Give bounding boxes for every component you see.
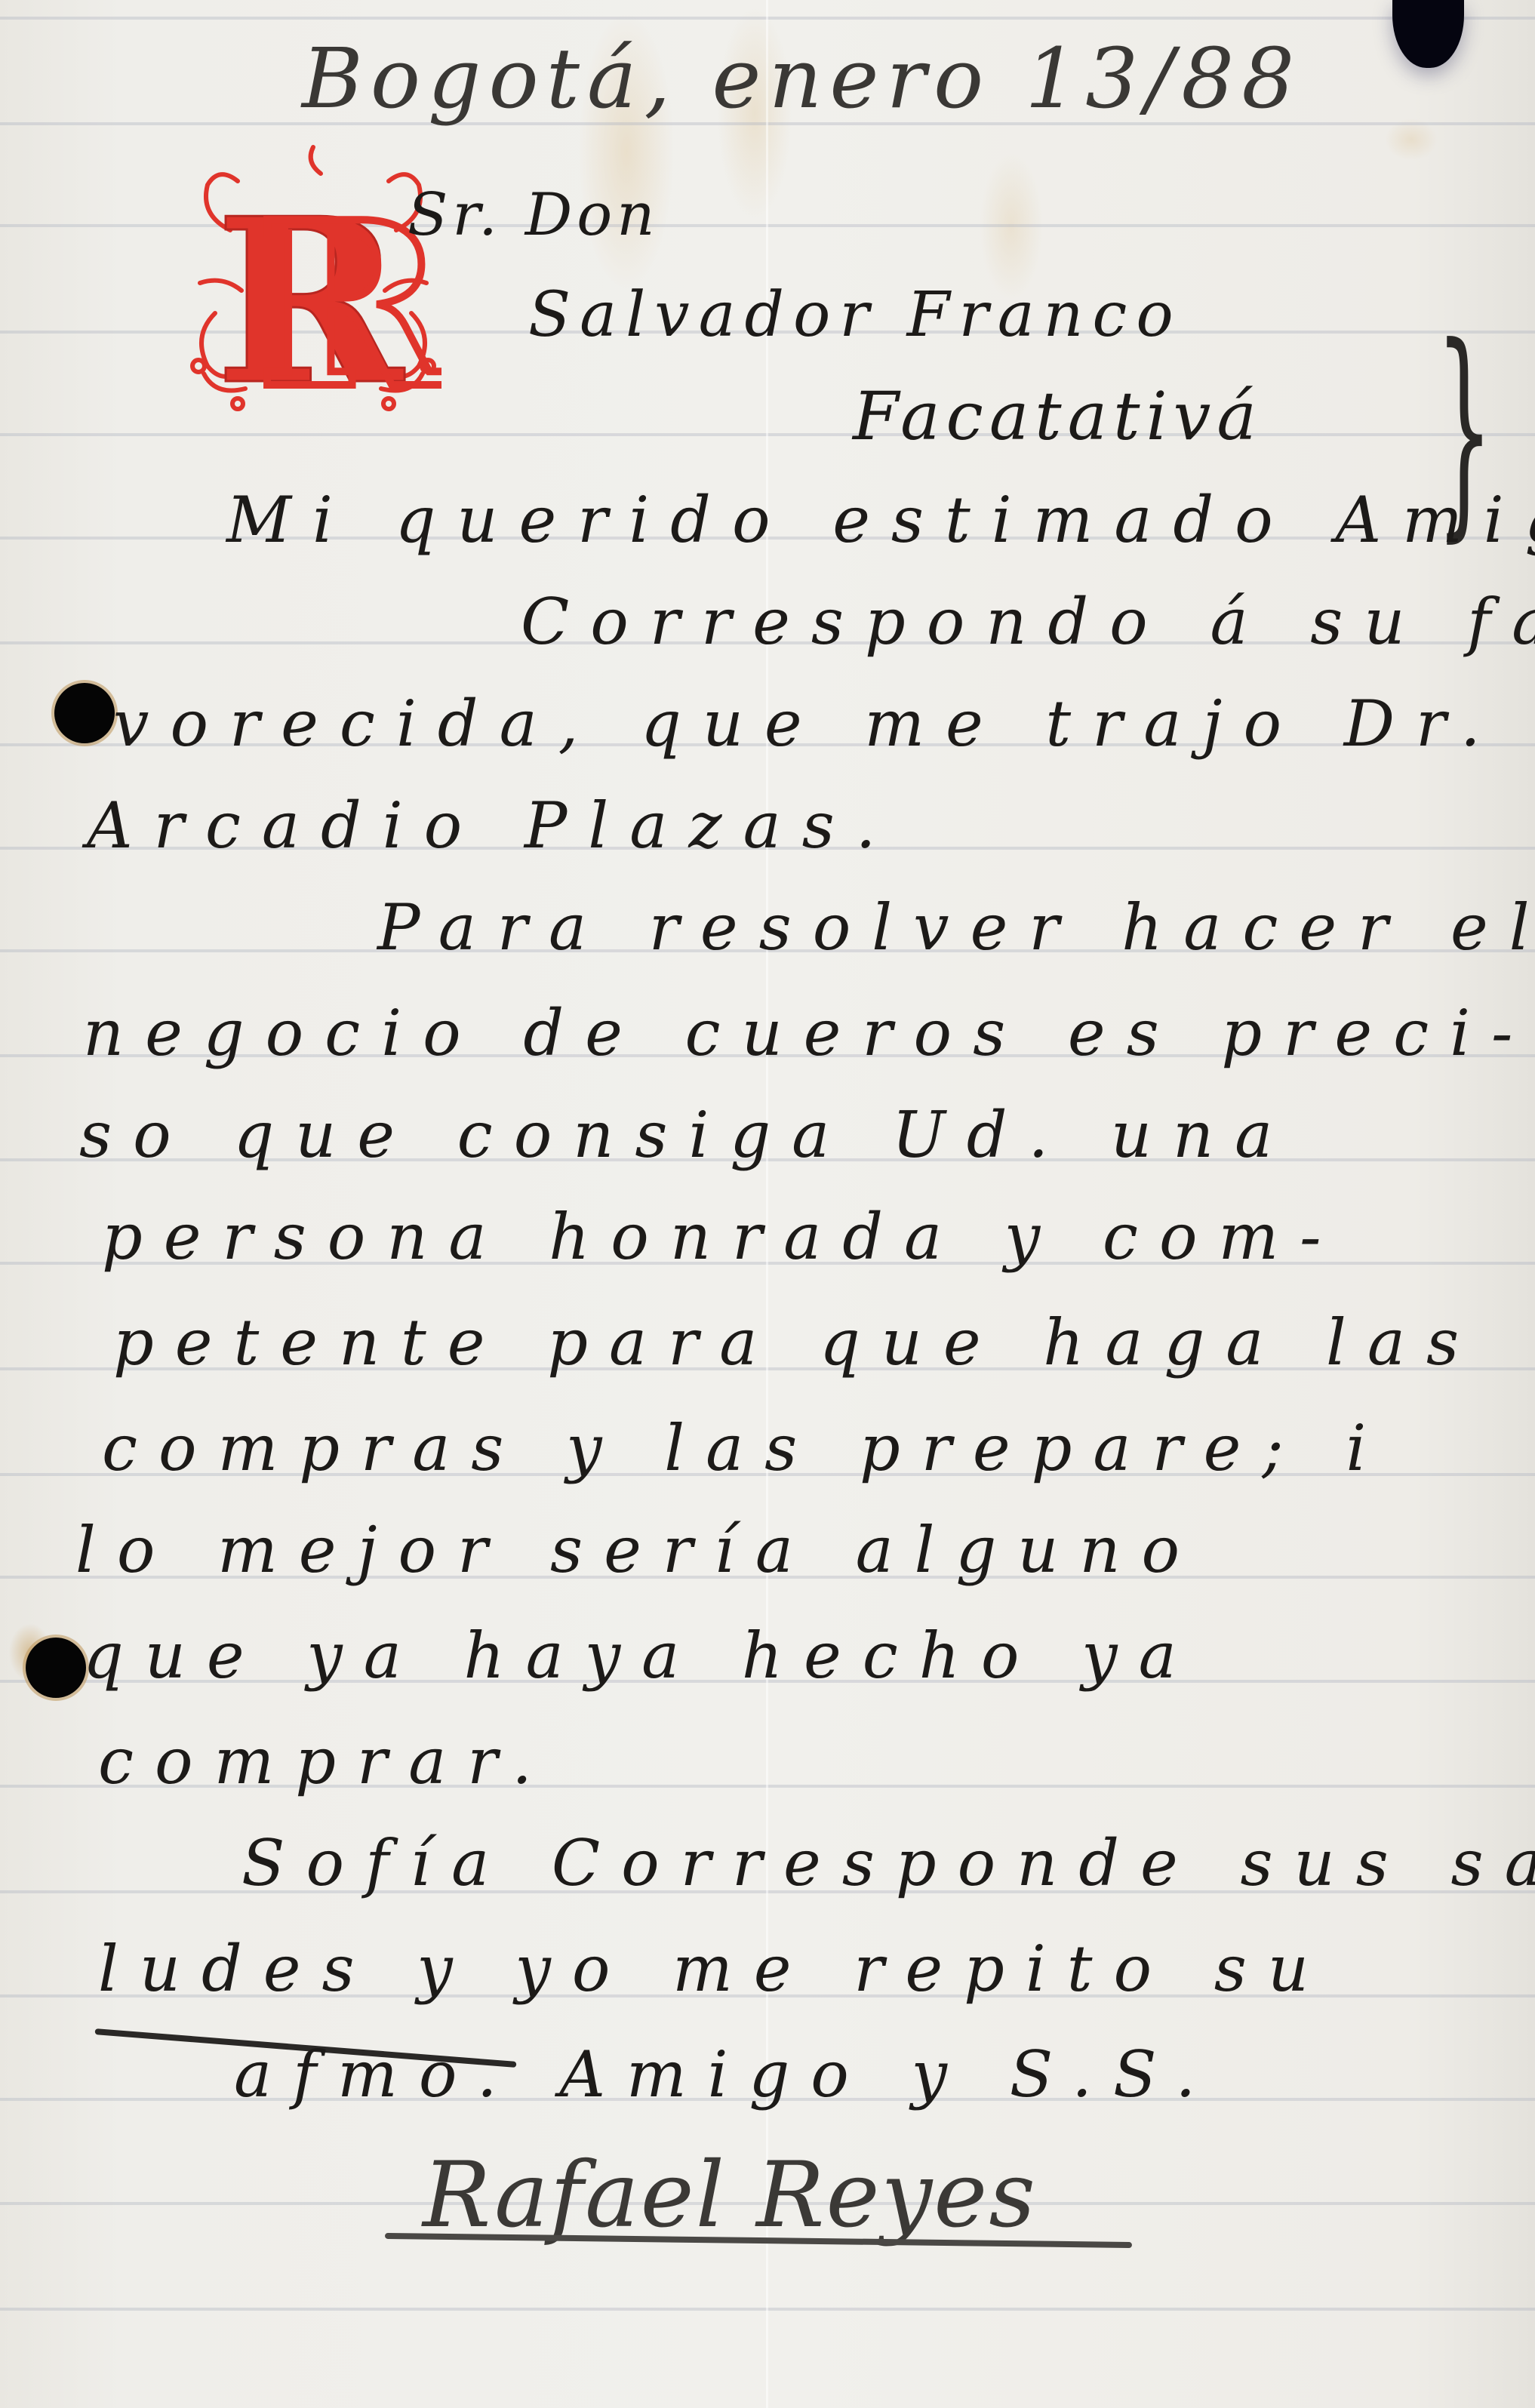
- body-line: Correspondo á su fa-: [521, 585, 1535, 659]
- letter-page: R R R Bogotá, enero 13/88 Sr. Don Salvad…: [0, 0, 1535, 2408]
- body-line: Mi querido estimado Amigo:: [226, 483, 1535, 557]
- body-line: negocio de cueros es preci-: [83, 996, 1533, 1070]
- body-line: afmo. Amigo y S.S.: [234, 2037, 1217, 2111]
- body-line: ludes y yo me repito su: [98, 1932, 1330, 2006]
- salutation-prefix: Sr. Don: [408, 181, 659, 249]
- body-line: persona honrada y com-: [102, 1200, 1343, 1274]
- body-line: lo mejor sería alguno: [75, 1513, 1201, 1587]
- body-line: vorecida, que me trajo Dr.: [113, 687, 1502, 761]
- body-line: compras y las prepare; i: [102, 1411, 1387, 1485]
- recipient-name: Salvador Franco: [528, 279, 1183, 351]
- recipient-place: Facatativá: [853, 377, 1263, 455]
- punch-hole: [26, 1638, 86, 1698]
- body-line: Sofía Corresponde sus sa-: [241, 1826, 1535, 1900]
- ink-blot: [1392, 0, 1464, 68]
- body-line: Para resolver hacer el: [377, 890, 1535, 964]
- rr-monogram-icon: R R R: [185, 140, 441, 419]
- body-line: comprar.: [98, 1724, 553, 1798]
- date-line: Bogotá, enero 13/88: [302, 30, 1302, 127]
- signature: Rafael Reyes: [423, 2143, 1037, 2248]
- body-line: petente para que haga las: [113, 1305, 1480, 1379]
- body-line: que ya haya hecho ya: [83, 1619, 1198, 1693]
- body-line: Arcadio Plazas.: [87, 789, 897, 863]
- punch-hole: [54, 683, 115, 743]
- body-line: so que consiga Ud. una: [79, 1098, 1294, 1172]
